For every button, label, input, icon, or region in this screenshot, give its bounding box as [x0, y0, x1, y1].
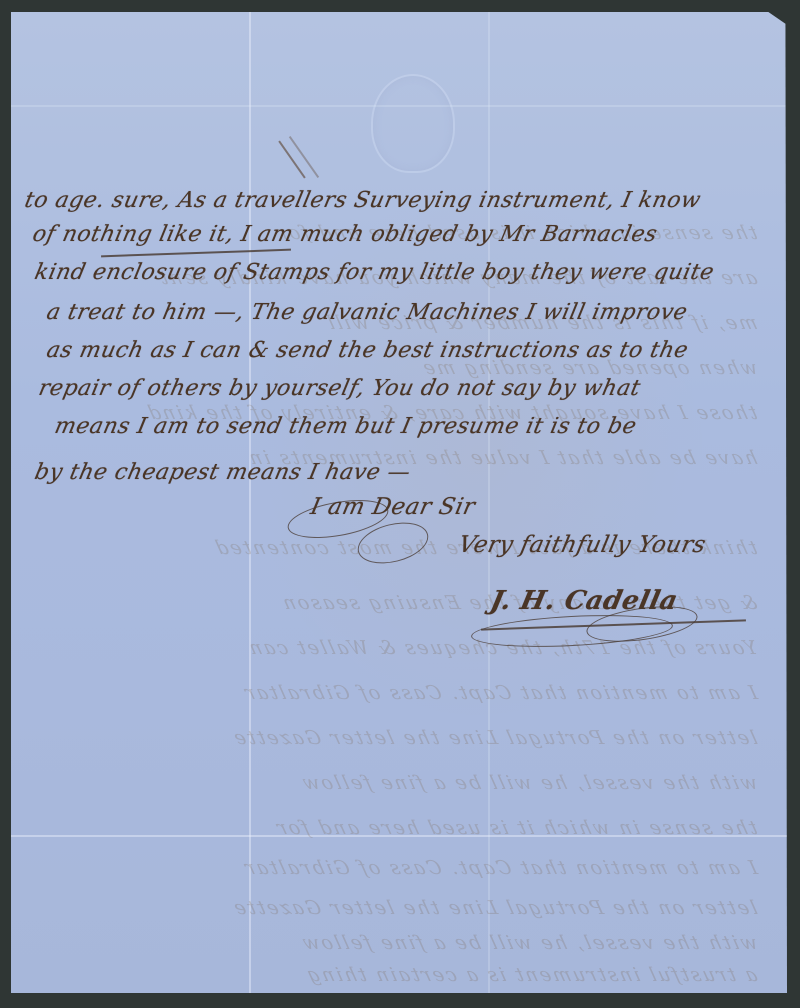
scan-frame: the sense in which it is used here and f… [0, 0, 800, 1008]
ink-underline [101, 249, 291, 257]
letter-page: the sense in which it is used here and f… [11, 12, 787, 993]
letter-body-line: to age. sure, As a travellers Surveying … [22, 188, 703, 213]
ink-stroke-mark [289, 136, 319, 178]
bleed-through-line: Yours of the 17th, the cheques & Wallet … [38, 637, 759, 659]
bleed-through-line: I am to mention that Capt. Cass of Gibra… [38, 857, 759, 879]
bleed-through-line: letter on the Portugal Line the letter G… [38, 727, 759, 749]
letter-body-line: kind enclosure of Stamps for my little b… [32, 260, 716, 285]
letter-body-line: of nothing like it, I am much obliged by… [30, 222, 659, 247]
ink-stroke-mark [278, 140, 305, 178]
bleed-through-line: letter on the Portugal Line the letter G… [38, 897, 759, 919]
letter-body-line: means I am to send them but I presume it… [52, 414, 639, 439]
bleed-through-line: the sense in which it is used here and f… [38, 817, 759, 839]
letter-body-line: as much as I can & send the best instruc… [44, 338, 690, 363]
letter-body-line: by the cheapest means I have — [32, 460, 413, 485]
letter-body-line: a treat to him —, The galvanic Machines … [44, 300, 689, 325]
fold-line-vertical [249, 12, 251, 993]
bleed-through-line: I am to mention that Capt. Cass of Gibra… [38, 682, 759, 704]
letter-body-line: repair of others by yourself, You do not… [36, 376, 642, 401]
bleed-through-line: a trustful instrument is a certain thing [38, 964, 759, 986]
bleed-through-line: with the vessel, he will be a fine fello… [38, 772, 759, 794]
bleed-through-line: with the vessel, he will be a fine fello… [38, 932, 759, 954]
fold-line-vertical-2 [488, 12, 490, 993]
closing-valediction: Very faithfully Yours [456, 532, 708, 558]
closing-salutation: I am Dear Sir [308, 494, 477, 520]
embossed-stationery-stamp [371, 74, 455, 173]
